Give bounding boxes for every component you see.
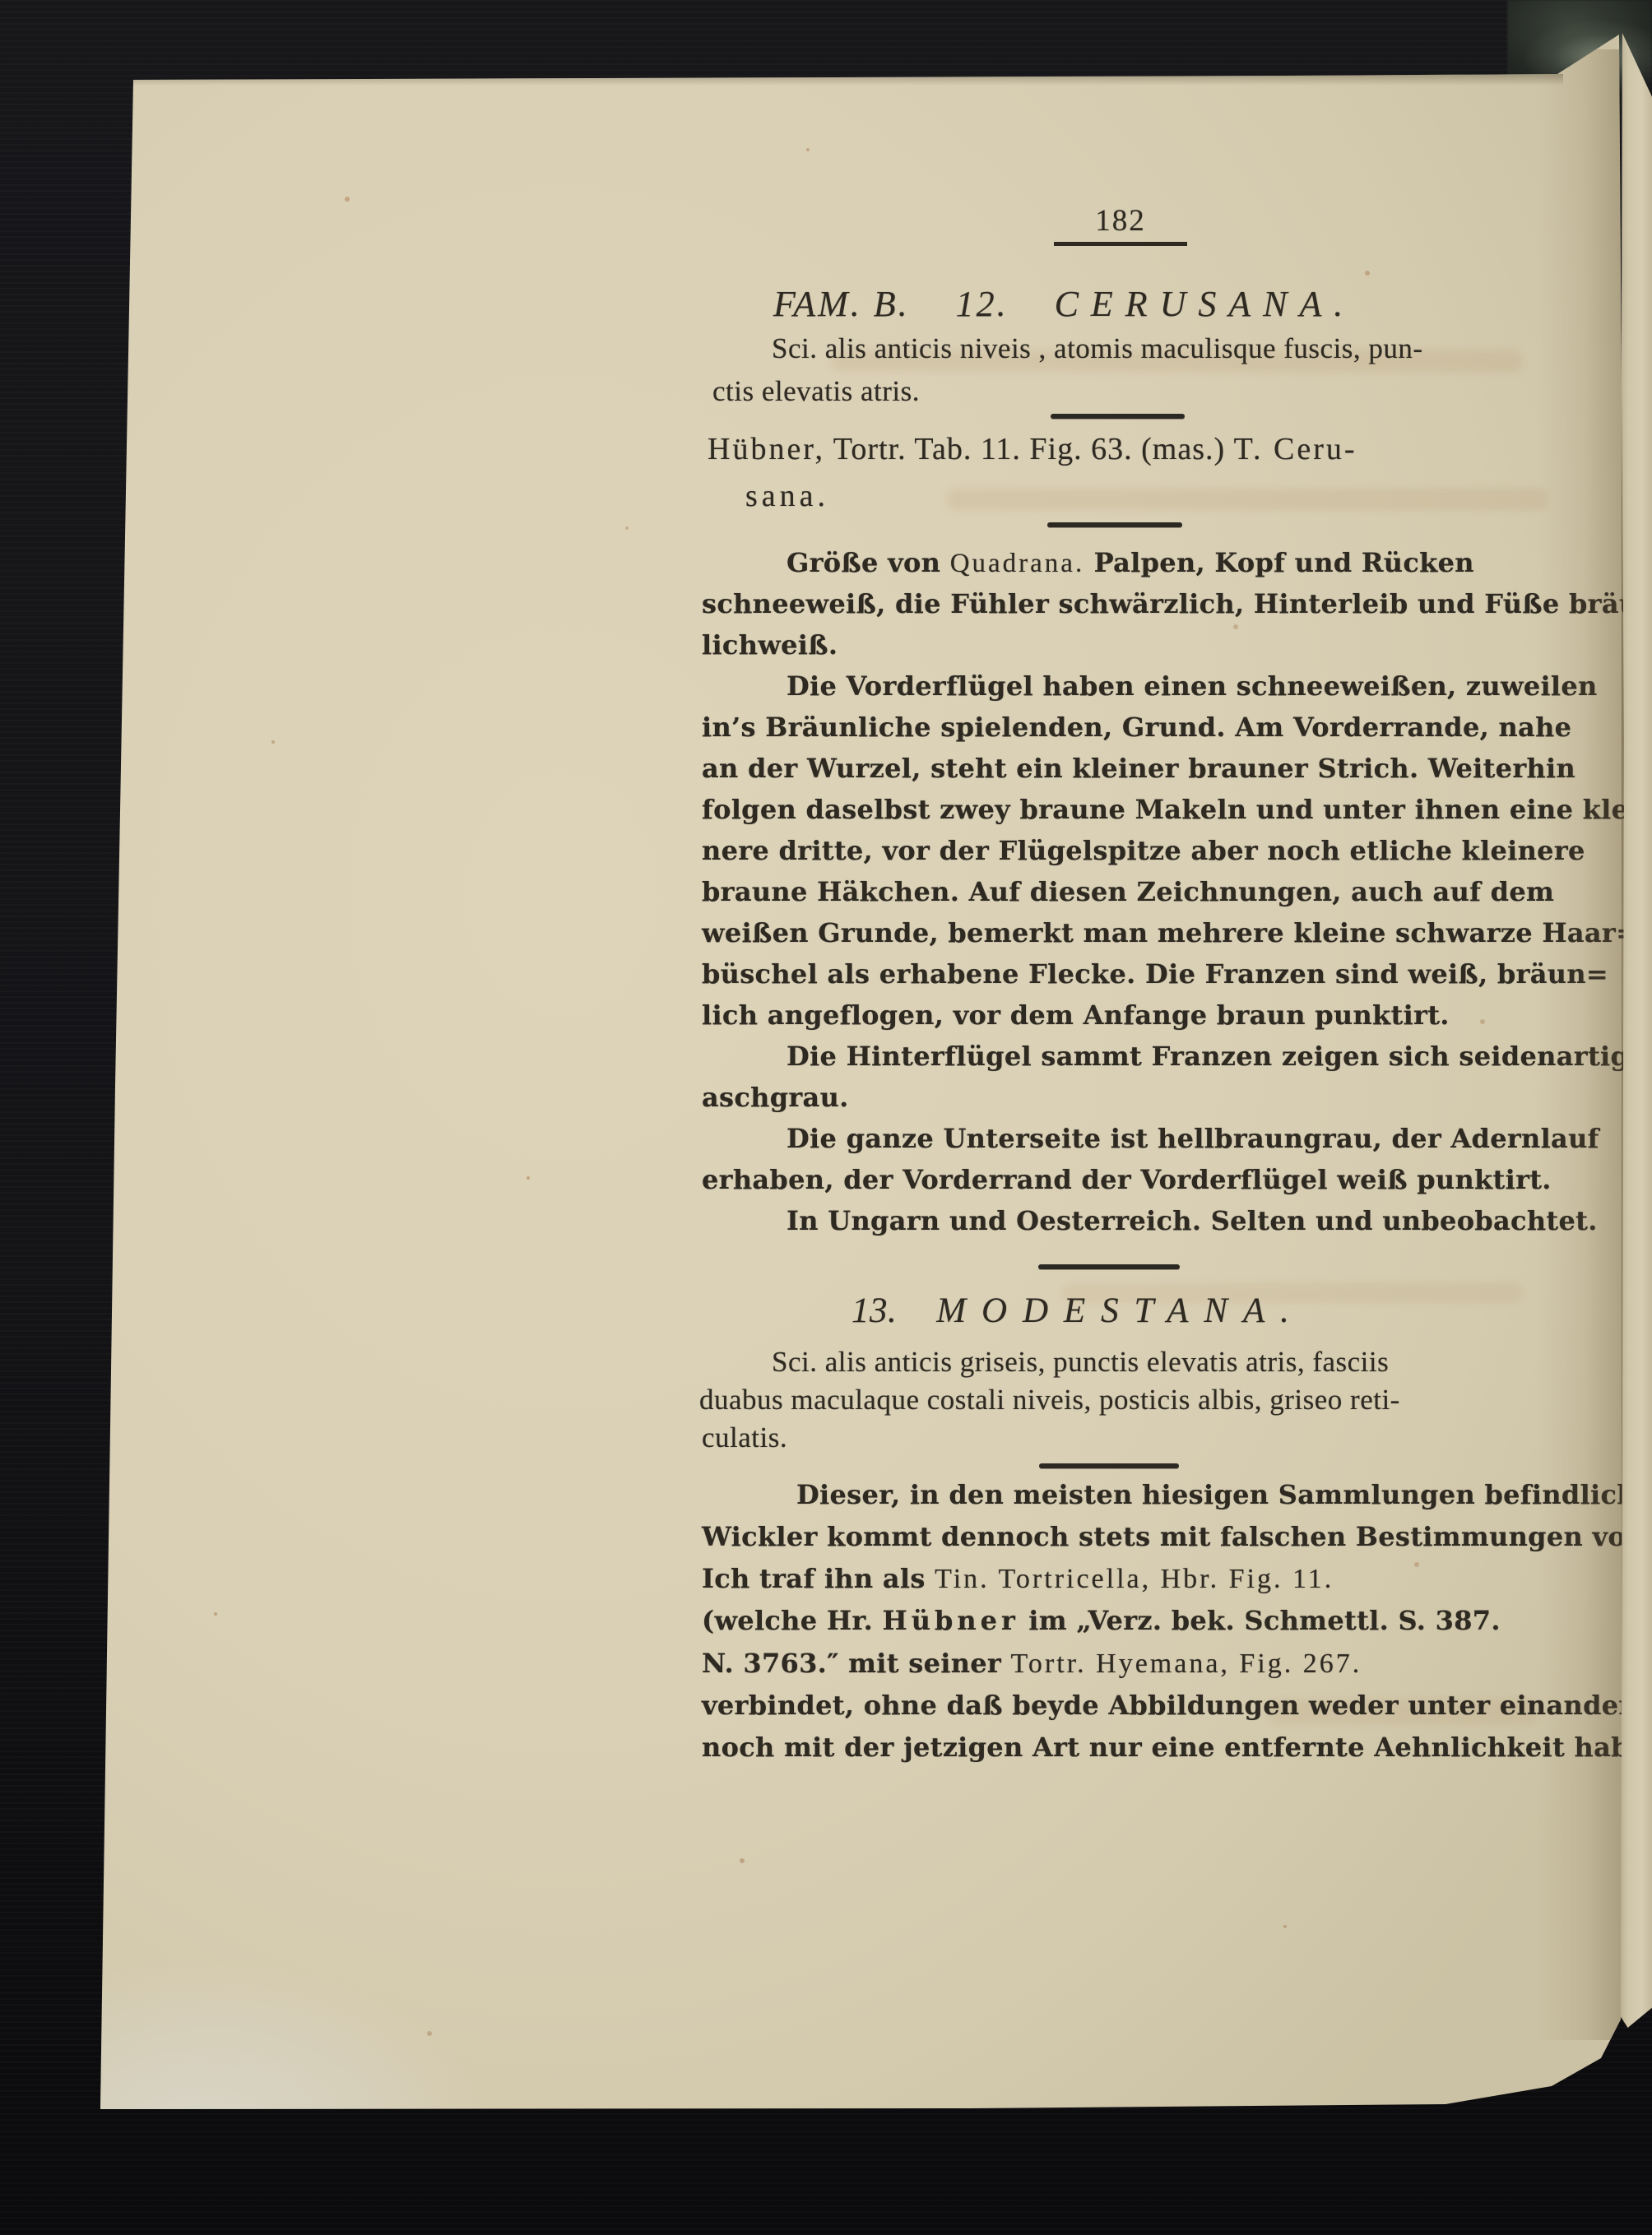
body-line: Die Hinterflügel sammt Franzen zeigen si…: [787, 1043, 1629, 1069]
species-name: CERUSANA.: [1055, 286, 1356, 322]
body-line: Die ganze Unterseite ist hellbraungrau, …: [787, 1125, 1599, 1152]
body-text: (welche Hr.: [702, 1605, 883, 1636]
body-text: im „Verz. bek. Schmettl. S. 387.: [1019, 1605, 1501, 1636]
body-line: noch mit der jetzigen Art nur eine entfe…: [702, 1734, 1652, 1760]
page-top-shadow: [132, 74, 1563, 86]
latin-diagnosis-line: Sci. alis anticis niveis , atomis maculi…: [772, 334, 1423, 363]
species-number: 12.: [956, 286, 1009, 322]
body-line: Ich traf ihn als Tin. Tortricella, Hbr. …: [702, 1565, 1334, 1593]
species-heading-modestana: 13. MODESTANA.: [852, 1293, 1305, 1328]
body-text: Ich traf ihn als: [702, 1563, 935, 1594]
body-text: Größe von: [787, 547, 950, 578]
body-line: erhaben, der Vorderrand der Vorderflügel…: [702, 1166, 1552, 1193]
body-text: Palpen, Kopf und Rücken: [1084, 547, 1474, 578]
body-line: in’s Bräunliche spielenden, Grund. Am Vo…: [702, 714, 1571, 740]
species-heading-cerusana: FAM. B. 12. CERUSANA.: [773, 286, 1355, 322]
body-line: nere dritte, vor der Flügelspitze aber n…: [702, 837, 1585, 864]
body-line: schneeweiß, die Fühler schwärzlich, Hint…: [702, 591, 1652, 617]
latin-diagnosis-line: culatis.: [702, 1423, 787, 1452]
body-line: (welche Hr. Hübner im „Verz. bek. Schmet…: [702, 1607, 1501, 1634]
body-line: lich angeflogen, vor dem Anfange braun p…: [702, 1002, 1450, 1028]
author-name: Hübner: [883, 1605, 1019, 1636]
body-line: an der Wurzel, steht ein kleiner brauner…: [702, 755, 1575, 781]
ink-bleedthrough: [946, 489, 1547, 510]
species-ref-inline: Tin. Tortricella, Hbr. Fig. 11.: [935, 1564, 1334, 1594]
page-number: 182: [1054, 206, 1187, 246]
book-page: 182 FAM. B. 12. CERUSANA. Sci. alis anti…: [0, 0, 1652, 2235]
body-line: verbindet, ohne daß beyde Abbildungen we…: [702, 1692, 1640, 1718]
body-line: aschgrau.: [702, 1084, 849, 1111]
species-number: 13.: [852, 1293, 897, 1328]
body-line: Größe von Quadrana. Palpen, Kopf und Rüc…: [787, 549, 1474, 577]
reference-citation: Tortr. Tab. 11. Fig. 63. (mas.): [825, 432, 1234, 466]
body-line: braune Häkchen. Auf diesen Zeichnungen, …: [702, 879, 1554, 905]
species-ref-inline: Tortr. Hyemana, Fig. 267.: [1011, 1648, 1362, 1679]
gutter-shadow: [1537, 49, 1622, 2040]
family-label: FAM. B.: [773, 286, 910, 322]
body-line: Die Vorderflügel haben einen schneeweiße…: [787, 673, 1598, 699]
species-name: MODESTANA.: [936, 1293, 1305, 1328]
latin-diagnosis-line: Sci. alis anticis griseis, punctis eleva…: [772, 1347, 1389, 1376]
latin-diagnosis-line: duabus maculaque costali niveis, postici…: [699, 1385, 1400, 1414]
species-ref-inline: Quadrana.: [950, 549, 1085, 578]
species-abbrev: T. Ceru-: [1234, 432, 1357, 466]
body-line: büschel als erhabene Flecke. Die Franzen…: [702, 961, 1608, 987]
photo-background: 182 FAM. B. 12. CERUSANA. Sci. alis anti…: [0, 0, 1652, 2235]
body-line: Dieser, in den meisten hiesigen Sammlung…: [796, 1481, 1652, 1508]
reference-line-continuation: sana.: [745, 480, 829, 512]
reference-line: Hübner, Tortr. Tab. 11. Fig. 63. (mas.) …: [708, 434, 1357, 465]
body-line: lichweiß.: [702, 632, 838, 658]
body-line: weißen Grunde, bemerkt man mehrere klein…: [702, 920, 1638, 946]
distribution-line: In Ungarn und Oesterreich. Selten und un…: [787, 1208, 1598, 1234]
section-divider-rule: [1051, 414, 1185, 419]
body-line: Wickler kommt dennoch stets mit falschen…: [702, 1523, 1647, 1550]
section-divider-rule: [1039, 1463, 1179, 1468]
body-line: folgen daselbst zwey braune Makeln und u…: [702, 796, 1652, 823]
paper-speckles: [0, 0, 3, 3]
body-text: N. 3763.″ mit seiner: [702, 1648, 1011, 1679]
body-line: N. 3763.″ mit seiner Tortr. Hyemana, Fig…: [702, 1650, 1362, 1678]
author-name: Hübner,: [708, 432, 825, 466]
section-divider-rule: [1038, 1264, 1180, 1269]
latin-diagnosis-line: ctis elevatis atris.: [712, 377, 920, 406]
section-divider-rule: [1047, 522, 1182, 527]
